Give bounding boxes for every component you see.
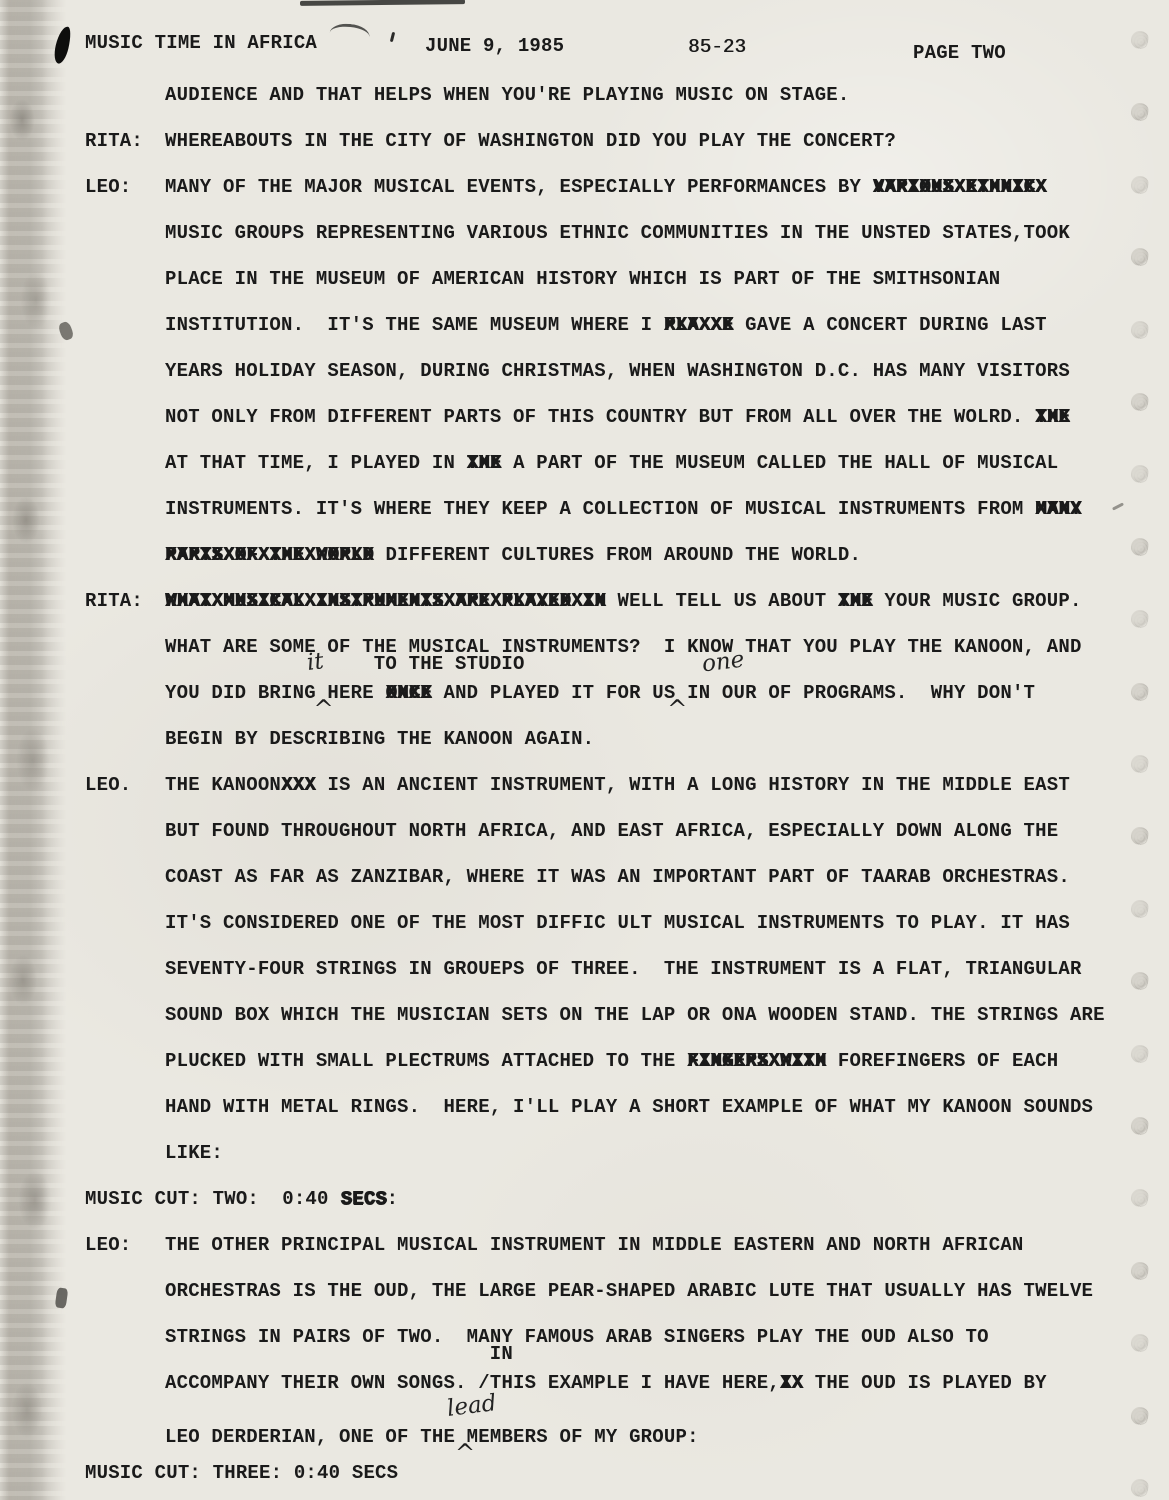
overtyped-strikeout: IXXX: [780, 1360, 803, 1406]
script-body: AUDIENCE AND THAT HELPS WHEN YOU'RE PLAY…: [0, 72, 1169, 1496]
script-line-text: MUSIC CUT: TWO: 0:40 SECS:: [85, 1176, 398, 1222]
script-line-text: INSTITUTION. IT'S THE SAME MUSEUM WHERE …: [165, 302, 1047, 348]
script-line: SEVENTY-FOUR STRINGS IN GROUEPS OF THREE…: [0, 946, 1169, 992]
script-line-text: PLUCKED WITH SMALL PLECTRUMS ATTACHED TO…: [165, 1038, 1058, 1084]
script-line: WHAT ARE SOME OF THE MUSICAL INSTRUMENTS…: [0, 624, 1169, 670]
hole-punch-mark: [1131, 538, 1149, 556]
overtyped-strikeout: VARIOUSXETHNICXXXXXXXXXXXXXXXX: [873, 164, 1047, 210]
script-line: LEO:MANY OF THE MAJOR MUSICAL EVENTS, ES…: [0, 164, 1169, 210]
hole-punch-mark: [1131, 31, 1149, 49]
dialogue-block: RITA:WHEREABOUTS IN THE CITY OF WASHINGT…: [0, 118, 1169, 164]
script-line: BUT FOUND THROUGHOUT NORTH AFRICA, AND E…: [0, 808, 1169, 854]
script-line-text: SEVENTY-FOUR STRINGS IN GROUEPS OF THREE…: [165, 946, 1082, 992]
script-line: ORCHESTRAS IS THE OUD, THE LARGE PEAR-SH…: [0, 1268, 1169, 1314]
document-title: MUSIC TIME IN AFRICA: [85, 30, 317, 56]
script-line: PLACE IN THE MUSEUM OF AMERICAN HISTORY …: [0, 256, 1169, 302]
script-line-text: HAND WITH METAL RINGS. HERE, I'LL PLAY A…: [165, 1084, 1093, 1130]
dialogue-block: LEO.THE KANOONXXXXXX IS AN ANCIENT INSTR…: [0, 762, 1169, 1176]
script-line-text: WHAT ARE SOME OF THE MUSICAL INSTRUMENTS…: [165, 624, 1082, 670]
hole-punch-mark: [1131, 683, 1149, 701]
script-line: NOT ONLY FROM DIFFERENT PARTS OF THIS CO…: [0, 394, 1169, 440]
document-page: MUSIC TIME IN AFRICA JUNE 9, 1985 85-23 …: [0, 0, 1169, 1500]
overtyped-strikeout: PLAXXEXXXXXX: [664, 302, 734, 348]
script-line-text: AUDIENCE AND THAT HELPS WHEN YOU'RE PLAY…: [165, 72, 850, 118]
script-line-text: PLACE IN THE MUSEUM OF AMERICAN HISTORY …: [165, 256, 1000, 302]
script-line-text: PARTSXOFXTHEXWORLDXXXXXXXXXXXXXXXXXX DIF…: [165, 532, 861, 578]
hole-punch-mark: [1131, 1262, 1149, 1280]
speaker-label: RITA:: [85, 118, 143, 164]
music-cue: MUSIC CUT: THREE: 0:40 SECS: [0, 1450, 1169, 1496]
script-line-text: IT'S CONSIDERED ONE OF THE MOST DIFFIC U…: [165, 900, 1070, 946]
script-line-text: SOUND BOX WHICH THE MUSICIAN SETS ON THE…: [165, 992, 1105, 1038]
script-line: STRINGS IN PAIRS OF TWO. MANY FAMOUS ARA…: [0, 1314, 1169, 1360]
script-line-text: WHEREABOUTS IN THE CITY OF WASHINGTON DI…: [165, 118, 896, 164]
script-line: LEO.THE KANOONXXXXXX IS AN ANCIENT INSTR…: [0, 762, 1169, 808]
hole-punch-mark: [1131, 1045, 1149, 1063]
script-line: ACCOMPANY THEIR OWN SONGS. /THIS EXAMPLE…: [0, 1360, 1169, 1406]
overtyped-strikeout: XXXXXX: [281, 762, 316, 808]
overtyped-strikeout: MANYXXXX: [1035, 486, 1081, 532]
page-number: PAGE TWO: [913, 40, 1006, 66]
script-line: PLUCKED WITH SMALL PLECTRUMS ATTACHED TO…: [0, 1038, 1169, 1084]
page-header: MUSIC TIME IN AFRICA JUNE 9, 1985 85-23 …: [0, 0, 1169, 72]
script-line-text: THE KANOONXXXXXX IS AN ANCIENT INSTRUMEN…: [165, 762, 1070, 808]
speaker-label: LEO.: [85, 762, 131, 808]
hole-punch-mark: [1131, 755, 1149, 773]
hole-punch-mark: [1131, 1479, 1149, 1497]
script-line-text: INSTRUMENTS. IT'S WHERE THEY KEEP A COLL…: [165, 486, 1082, 532]
typed-insertion: TO THE STUDIO: [374, 654, 525, 674]
script-line: PARTSXOFXTHEXWORLDXXXXXXXXXXXXXXXXXX DIF…: [0, 532, 1169, 578]
script-line: RITA:WHATXMUSICALXINSTRUMENTSXAREXPLAYED…: [0, 578, 1169, 624]
overtyped-strikeout: THEXXX: [1035, 394, 1070, 440]
script-line-text: WHATXMUSICALXINSTRUMENTSXAREXPLAYEDXINXX…: [165, 578, 1082, 624]
script-line-text: MUSIC GROUPS REPRESENTING VARIOUS ETHNIC…: [165, 210, 1070, 256]
script-line-text: ACCOMPANY THEIR OWN SONGS. /THIS EXAMPLE…: [165, 1360, 1047, 1406]
overtyped-strikeout: THEXXX: [467, 440, 502, 486]
music-cue: MUSIC CUT: TWO: 0:40 SECS:: [0, 1176, 1169, 1222]
overtyped-strikeout: THEXXX: [838, 578, 873, 624]
hole-punch-mark: [1131, 1117, 1149, 1135]
script-line-text: BUT FOUND THROUGHOUT NORTH AFRICA, AND E…: [165, 808, 1058, 854]
dialogue-block: LEO:THE OTHER PRINCIPAL MUSICAL INSTRUME…: [0, 1222, 1169, 1460]
script-line: AT THAT TIME, I PLAYED IN THEXXX A PART …: [0, 440, 1169, 486]
script-line: BEGIN BY DESCRIBING THE KANOON AGAIN.: [0, 716, 1169, 762]
handwritten-insertion: it: [305, 649, 324, 675]
script-line-text: BEGIN BY DESCRIBING THE KANOON AGAIN.: [165, 716, 594, 762]
handwritten-insertion: lead: [446, 1391, 498, 1421]
overtyped-strikeout: FINGERSXWITHXXXXXXXXXXXX: [687, 1038, 826, 1084]
script-line: SOUND BOX WHICH THE MUSICIAN SETS ON THE…: [0, 992, 1169, 1038]
script-line-text: AT THAT TIME, I PLAYED IN THEXXX A PART …: [165, 440, 1058, 486]
script-line-text: LIKE:: [165, 1130, 223, 1176]
script-line: YEARS HOLIDAY SEASON, DURING CHRISTMAS, …: [0, 348, 1169, 394]
script-line: INSTRUMENTS. IT'S WHERE THEY KEEP A COLL…: [0, 486, 1169, 532]
script-line: INSTITUTION. IT'S THE SAME MUSEUM WHERE …: [0, 302, 1169, 348]
script-line: COAST AS FAR AS ZANZIBAR, WHERE IT WAS A…: [0, 854, 1169, 900]
broadcast-date: JUNE 9, 1985: [425, 33, 564, 59]
handwritten-insertion: one: [701, 648, 746, 677]
script-line-text: YEARS HOLIDAY SEASON, DURING CHRISTMAS, …: [165, 348, 1070, 394]
overtyped-strikeout: ONCEXXXX: [385, 670, 431, 716]
speaker-label: LEO:: [85, 1222, 131, 1268]
script-line-text: COAST AS FAR AS ZANZIBAR, WHERE IT WAS A…: [165, 854, 1070, 900]
script-line-text: YOU DID BRING HERE ONCEXXXX AND PLAYED I…: [165, 670, 1035, 716]
script-line-text: THE OTHER PRINCIPAL MUSICAL INSTRUMENT I…: [165, 1222, 1024, 1268]
script-line: AUDIENCE AND THAT HELPS WHEN YOU'RE PLAY…: [0, 72, 1169, 118]
script-line-text: STRINGS IN PAIRS OF TWO. MANY FAMOUS ARA…: [165, 1314, 989, 1360]
script-line-text: MUSIC CUT: THREE: 0:40 SECS: [85, 1450, 398, 1496]
speaker-label: LEO:: [85, 164, 131, 210]
script-line: IT'S CONSIDERED ONE OF THE MOST DIFFIC U…: [0, 900, 1169, 946]
dialogue-block: AUDIENCE AND THAT HELPS WHEN YOU'RE PLAY…: [0, 72, 1169, 118]
hole-punch-mark: [1131, 900, 1149, 918]
script-line-text: MANY OF THE MAJOR MUSICAL EVENTS, ESPECI…: [165, 164, 1047, 210]
typed-insertion: IN: [490, 1344, 513, 1364]
script-line: MUSIC CUT: TWO: 0:40 SECS:: [0, 1176, 1169, 1222]
script-line: MUSIC CUT: THREE: 0:40 SECS: [0, 1450, 1169, 1496]
speaker-label: RITA:: [85, 578, 143, 624]
script-line: MUSIC GROUPS REPRESENTING VARIOUS ETHNIC…: [0, 210, 1169, 256]
script-line-text: NOT ONLY FROM DIFFERENT PARTS OF THIS CO…: [165, 394, 1070, 440]
script-line: HAND WITH METAL RINGS. HERE, I'LL PLAY A…: [0, 1084, 1169, 1130]
script-line: RITA:WHEREABOUTS IN THE CITY OF WASHINGT…: [0, 118, 1169, 164]
overtyped-strikeout: PARTSXOFXTHEXWORLDXXXXXXXXXXXXXXXXXX: [165, 532, 374, 578]
script-line: YOU DID BRING HERE ONCEXXXX AND PLAYED I…: [0, 670, 1169, 716]
hole-punch-mark: [1131, 321, 1149, 339]
hole-punch-mark: [1131, 1407, 1149, 1425]
script-line-text: ORCHESTRAS IS THE OUD, THE LARGE PEAR-SH…: [165, 1268, 1093, 1314]
script-line: LIKE:: [0, 1130, 1169, 1176]
script-line: LEO:THE OTHER PRINCIPAL MUSICAL INSTRUME…: [0, 1222, 1169, 1268]
dialogue-block: RITA:WHATXMUSICALXINSTRUMENTSXAREXPLAYED…: [0, 578, 1169, 762]
hole-punch-mark: [1131, 393, 1149, 411]
dialogue-block: LEO:MANY OF THE MAJOR MUSICAL EVENTS, ES…: [0, 164, 1169, 578]
hole-punch-mark: [1131, 176, 1149, 194]
overtyped-strikeout: WHATXMUSICALXINSTRUMENTSXAREXPLAYEDXINXX…: [165, 578, 606, 624]
episode-number: 85-23: [688, 34, 746, 60]
